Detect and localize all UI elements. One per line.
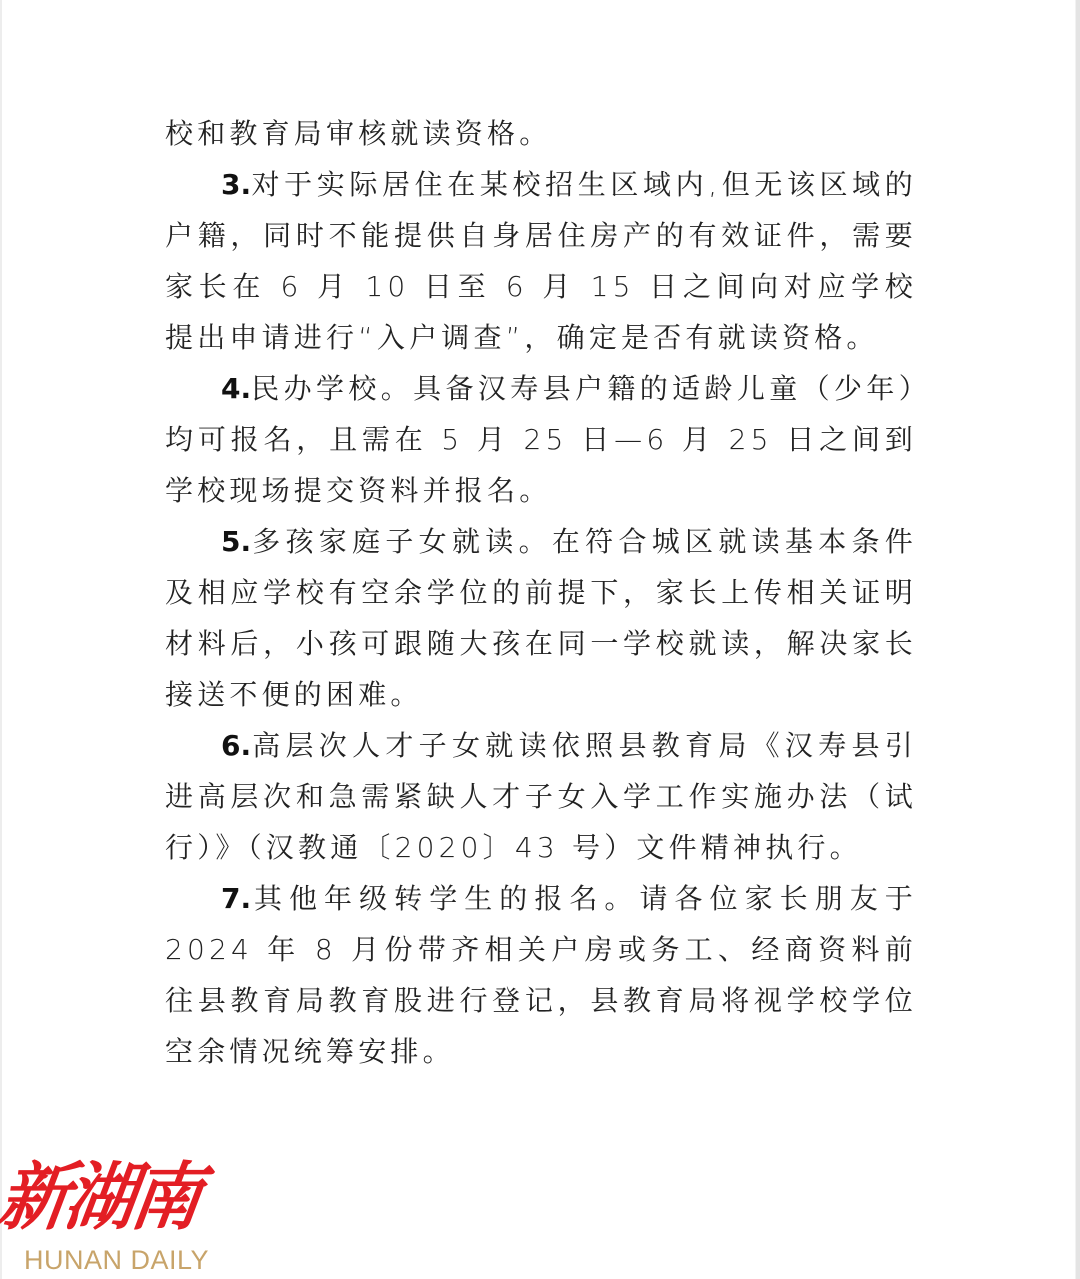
item-number: 5.: [221, 525, 251, 558]
paragraph-item-4: 4.民办学校。具备汉寿县户籍的适龄儿童（少年）均可报名，且需在 5 月 25 日…: [165, 363, 917, 516]
item-number: 3.: [221, 168, 251, 201]
paragraph-continuation: 校和教育局审核就读资格。: [165, 108, 917, 159]
paragraph-text: 高层次人才子女就读依照县教育局《汉寿县引进高层次和急需紧缺人才子女入学工作实施办…: [165, 729, 917, 864]
item-number: 6.: [221, 729, 251, 762]
logo-chinese-wordmark: 新湖南: [0, 1150, 204, 1245]
paragraph-text: 其他年级转学生的报名。请各位家长朋友于 2024 年 8 月份带齐相关户房或务工…: [165, 882, 917, 1068]
paragraph-item-7: 7.其他年级转学生的报名。请各位家长朋友于 2024 年 8 月份带齐相关户房或…: [165, 873, 917, 1077]
paragraph-item-6: 6.高层次人才子女就读依照县教育局《汉寿县引进高层次和急需紧缺人才子女入学工作实…: [165, 720, 917, 873]
logo-english-wordmark: HUNAN DAILY: [24, 1245, 209, 1275]
paragraph-text: 校和教育局审核就读资格。: [165, 117, 551, 150]
document-body: 校和教育局审核就读资格。 3.对于实际居住在某校招生区域内,但无该区域的户籍，同…: [165, 108, 917, 1077]
paragraph-text: 多孩家庭子女就读。在符合城区就读基本条件及相应学校有空余学位的前提下，家长上传相…: [165, 525, 917, 711]
paragraph-item-3: 3.对于实际居住在某校招生区域内,但无该区域的户籍，同时不能提供自身居住房产的有…: [165, 159, 917, 363]
paragraph-text: 对于实际居住在某校招生区域内,但无该区域的户籍，同时不能提供自身居住房产的有效证…: [165, 168, 917, 354]
item-number: 4.: [221, 372, 251, 405]
page-edge-left: [0, 0, 2, 1279]
paragraph-text: 民办学校。具备汉寿县户籍的适龄儿童（少年）均可报名，且需在 5 月 25 日—6…: [165, 372, 917, 507]
hunan-daily-logo: 新湖南 HUNAN DAILY: [0, 1150, 230, 1279]
page-edge-right: [1075, 0, 1080, 1279]
paragraph-item-5: 5.多孩家庭子女就读。在符合城区就读基本条件及相应学校有空余学位的前提下，家长上…: [165, 516, 917, 720]
item-number: 7.: [221, 882, 251, 915]
